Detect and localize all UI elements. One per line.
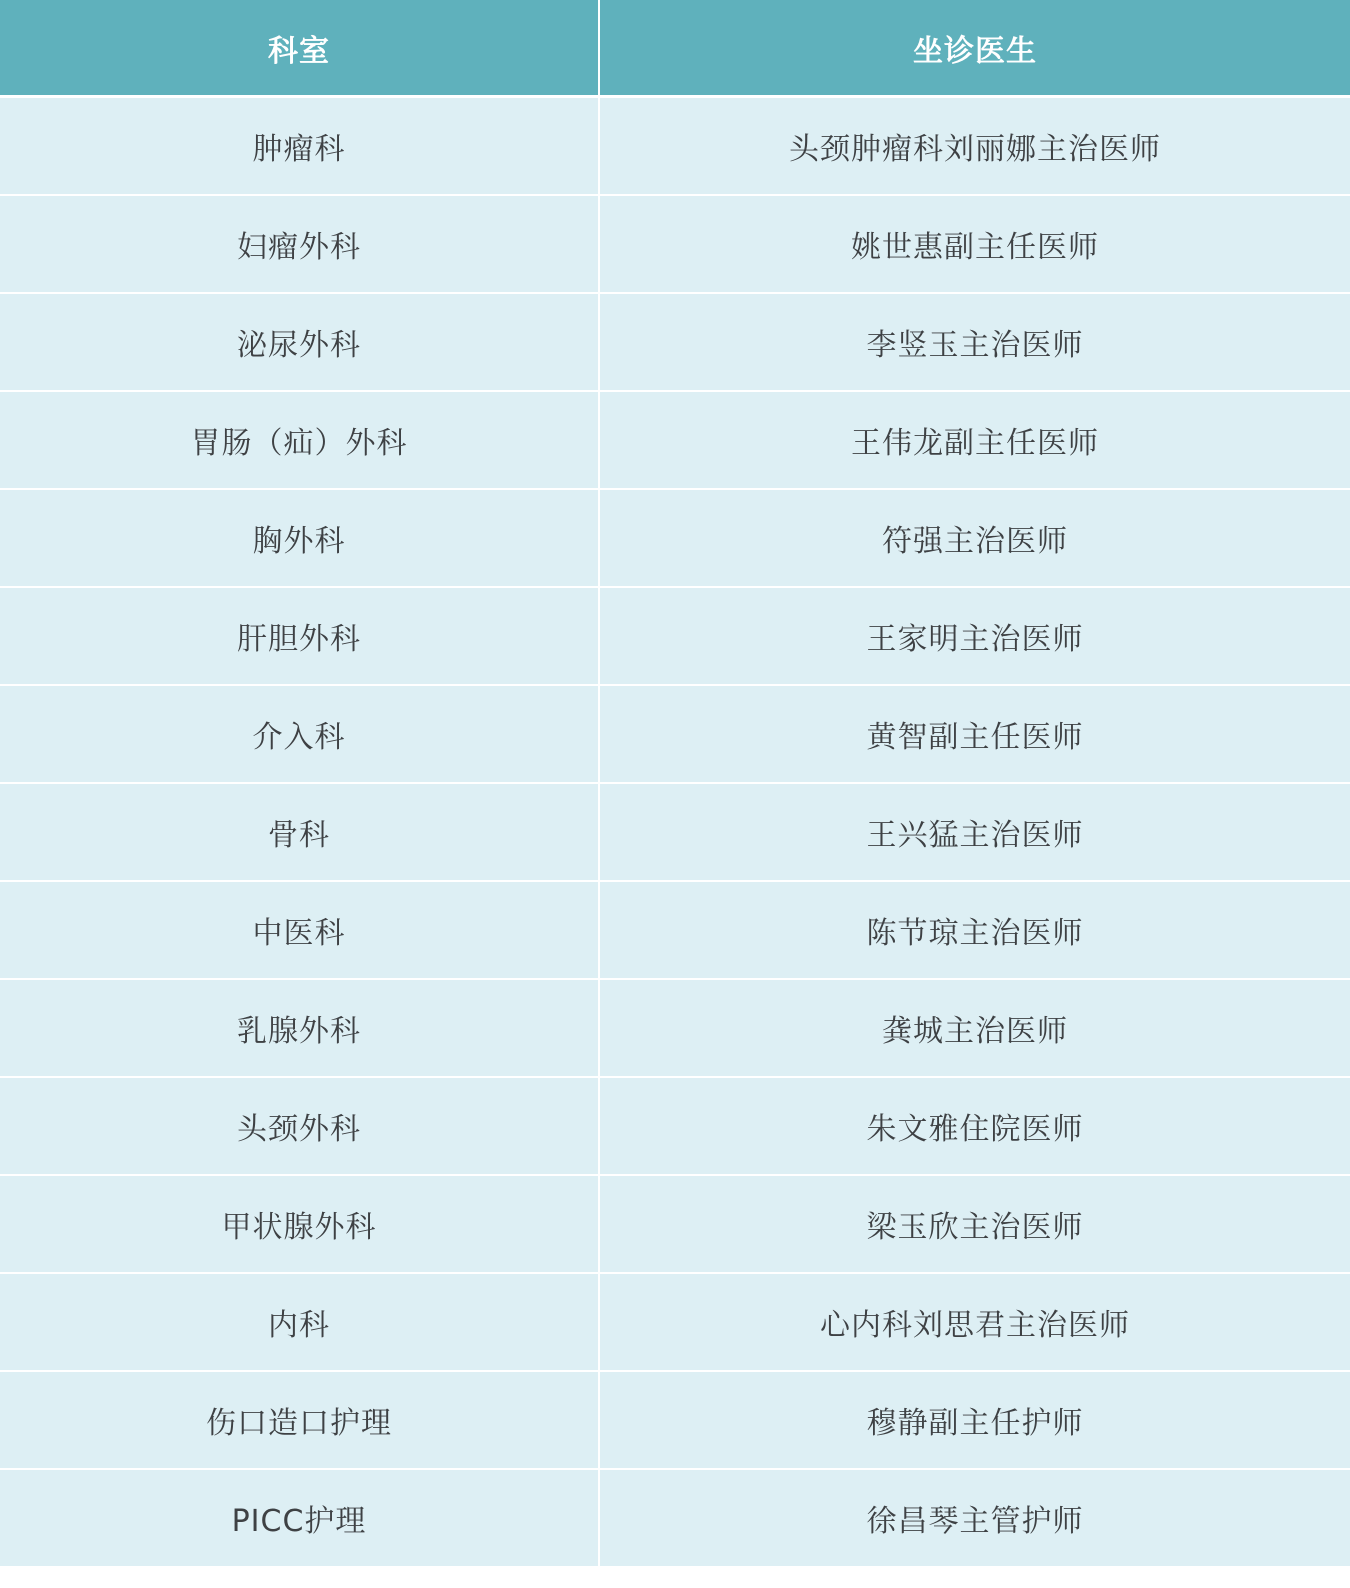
doctor-cell: 李竖玉主治医师 bbox=[600, 294, 1350, 392]
department-cell: 头颈外科 bbox=[0, 1078, 600, 1176]
doctor-cell: 王兴猛主治医师 bbox=[600, 784, 1350, 882]
doctor-cell: 龚城主治医师 bbox=[600, 980, 1350, 1078]
department-cell: 伤口造口护理 bbox=[0, 1372, 600, 1470]
department-cell: 中医科 bbox=[0, 882, 600, 980]
doctor-cell: 符强主治医师 bbox=[600, 490, 1350, 588]
table-row: 乳腺外科 龚城主治医师 bbox=[0, 980, 1350, 1078]
doctor-cell: 王家明主治医师 bbox=[600, 588, 1350, 686]
department-cell: 乳腺外科 bbox=[0, 980, 600, 1078]
department-cell: 肝胆外科 bbox=[0, 588, 600, 686]
department-cell: 胃肠（疝）外科 bbox=[0, 392, 600, 490]
department-cell: 胸外科 bbox=[0, 490, 600, 588]
department-cell: PICC护理 bbox=[0, 1470, 600, 1566]
table-row: 伤口造口护理 穆静副主任护师 bbox=[0, 1372, 1350, 1470]
department-cell: 泌尿外科 bbox=[0, 294, 600, 392]
table-row: 介入科 黄智副主任医师 bbox=[0, 686, 1350, 784]
table-row: 泌尿外科 李竖玉主治医师 bbox=[0, 294, 1350, 392]
doctor-cell: 朱文雅住院医师 bbox=[600, 1078, 1350, 1176]
table-row: 内科 心内科刘思君主治医师 bbox=[0, 1274, 1350, 1372]
table-row: 妇瘤外科 姚世惠副主任医师 bbox=[0, 196, 1350, 294]
doctor-cell: 头颈肿瘤科刘丽娜主治医师 bbox=[600, 98, 1350, 196]
doctor-cell: 姚世惠副主任医师 bbox=[600, 196, 1350, 294]
table-row: 骨科 王兴猛主治医师 bbox=[0, 784, 1350, 882]
doctor-cell: 梁玉欣主治医师 bbox=[600, 1176, 1350, 1274]
department-cell: 内科 bbox=[0, 1274, 600, 1372]
table-row: PICC护理 徐昌琴主管护师 bbox=[0, 1470, 1350, 1566]
doctor-cell: 心内科刘思君主治医师 bbox=[600, 1274, 1350, 1372]
table-row: 肝胆外科 王家明主治医师 bbox=[0, 588, 1350, 686]
table-row: 肿瘤科 头颈肿瘤科刘丽娜主治医师 bbox=[0, 98, 1350, 196]
doctor-schedule-table: 科室 坐诊医生 肿瘤科 头颈肿瘤科刘丽娜主治医师 妇瘤外科 姚世惠副主任医师 泌… bbox=[0, 0, 1350, 1566]
table-row: 甲状腺外科 梁玉欣主治医师 bbox=[0, 1176, 1350, 1274]
doctor-cell: 穆静副主任护师 bbox=[600, 1372, 1350, 1470]
department-cell: 妇瘤外科 bbox=[0, 196, 600, 294]
table-row: 头颈外科 朱文雅住院医师 bbox=[0, 1078, 1350, 1176]
department-cell: 骨科 bbox=[0, 784, 600, 882]
department-cell: 介入科 bbox=[0, 686, 600, 784]
table-row: 中医科 陈节琼主治医师 bbox=[0, 882, 1350, 980]
department-cell: 肿瘤科 bbox=[0, 98, 600, 196]
table-row: 胃肠（疝）外科 王伟龙副主任医师 bbox=[0, 392, 1350, 490]
header-department: 科室 bbox=[0, 0, 600, 98]
table-row: 胸外科 符强主治医师 bbox=[0, 490, 1350, 588]
doctor-cell: 王伟龙副主任医师 bbox=[600, 392, 1350, 490]
doctor-cell: 陈节琼主治医师 bbox=[600, 882, 1350, 980]
department-cell: 甲状腺外科 bbox=[0, 1176, 600, 1274]
header-doctor: 坐诊医生 bbox=[600, 0, 1350, 98]
table-header-row: 科室 坐诊医生 bbox=[0, 0, 1350, 98]
doctor-cell: 黄智副主任医师 bbox=[600, 686, 1350, 784]
doctor-cell: 徐昌琴主管护师 bbox=[600, 1470, 1350, 1566]
